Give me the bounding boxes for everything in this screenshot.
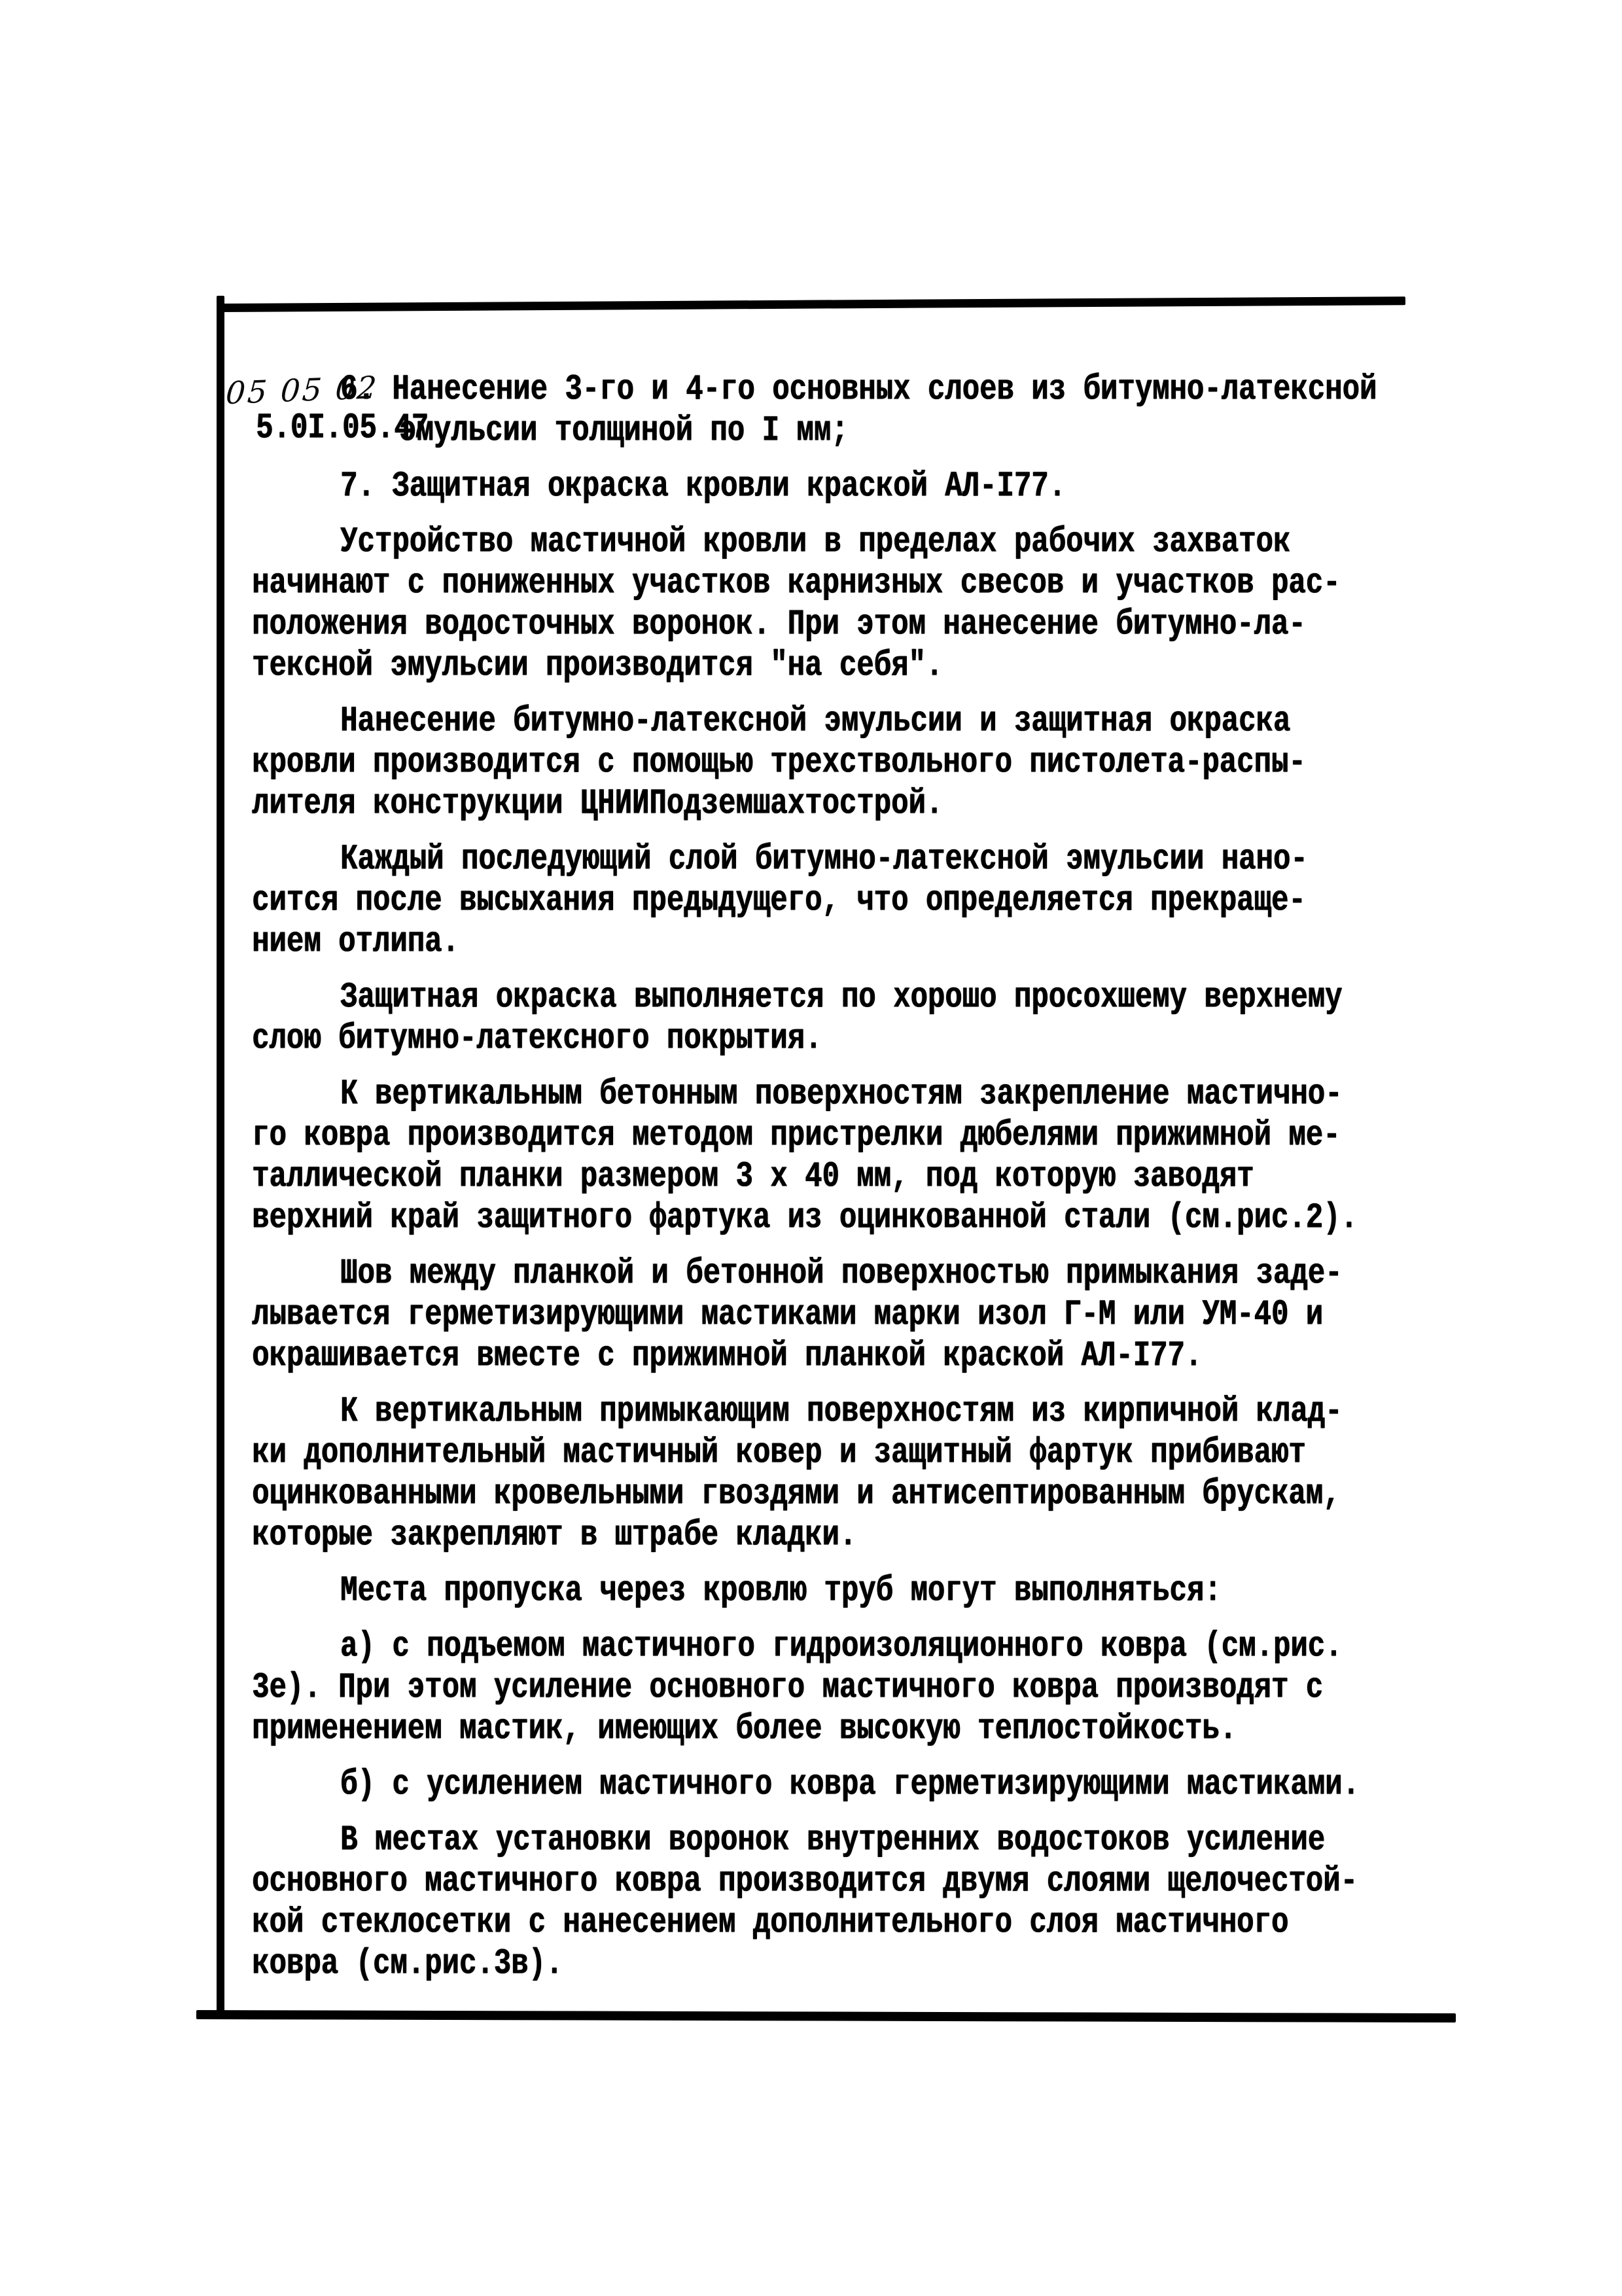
frame-top-border [218,296,1405,312]
frame-bottom-border [196,2010,1456,2022]
text-line: верхний край защитного фартука из оцинко… [252,1193,1436,1245]
paragraph: 7. Защитная окраска кровли краской АЛ-I7… [252,467,1436,508]
text-line: которые закрепляют в штрабе кладки. [252,1510,1436,1562]
text-line: лителя конструкции ЦНИИПодземшахтострой. [252,779,1436,830]
text-line: тексной эмульсии производится "на себя". [252,641,1436,692]
paragraph: б) с усилением мастичного ковра герметиз… [252,1765,1436,1806]
text-line: эмульсии толщиной по I мм; [252,406,1436,457]
paragraph: Шов между планкой и бетонной поверхность… [252,1254,1436,1377]
text-line: Места пропуска через кровлю труб могут в… [252,1566,1436,1617]
paragraph: Защитная окраска выполняется по хорошо п… [252,978,1436,1060]
paragraph: К вертикальным бетонным поверхностям зак… [252,1074,1436,1239]
paragraph: Каждый последующий слой битумно-латексно… [252,839,1436,963]
scanned-page: 5.0I.05.47 05 05 02 6. Нанесение 3-го и … [0,0,1622,2296]
paragraph: 6. Нанесение 3-го и 4-го основных слоев … [252,370,1436,452]
text-line: нием отлипа. [252,917,1436,968]
paragraph: Нанесение битумно-латексной эмульсии и з… [252,701,1436,825]
text-line: применением мастик, имеющих более высоку… [252,1704,1436,1756]
text-line: слою битумно-латексного покрытия. [252,1014,1436,1065]
text-line: 7. Защитная окраска кровли краской АЛ-I7… [252,461,1436,513]
frame-left-border [217,296,224,2019]
text-line: ковра (см.рис.3в). [252,1939,1436,1990]
paragraph: Устройство мастичной кровли в пределах р… [252,522,1436,687]
text-line: окрашивается вместе с прижимной планкой … [252,1331,1436,1383]
text-block: 6. Нанесение 3-го и 4-го основных слоев … [252,370,1436,2000]
paragraph: К вертикальным примыкающим поверхностям … [252,1392,1436,1557]
paragraph: В местах установки воронок внутренних во… [252,1820,1436,1985]
text-line: б) с усилением мастичного ковра герметиз… [252,1759,1436,1811]
paragraph: а) с подъемом мастичного гидроизоляционн… [252,1627,1436,1750]
paragraph: Места пропуска через кровлю труб могут в… [252,1571,1436,1612]
